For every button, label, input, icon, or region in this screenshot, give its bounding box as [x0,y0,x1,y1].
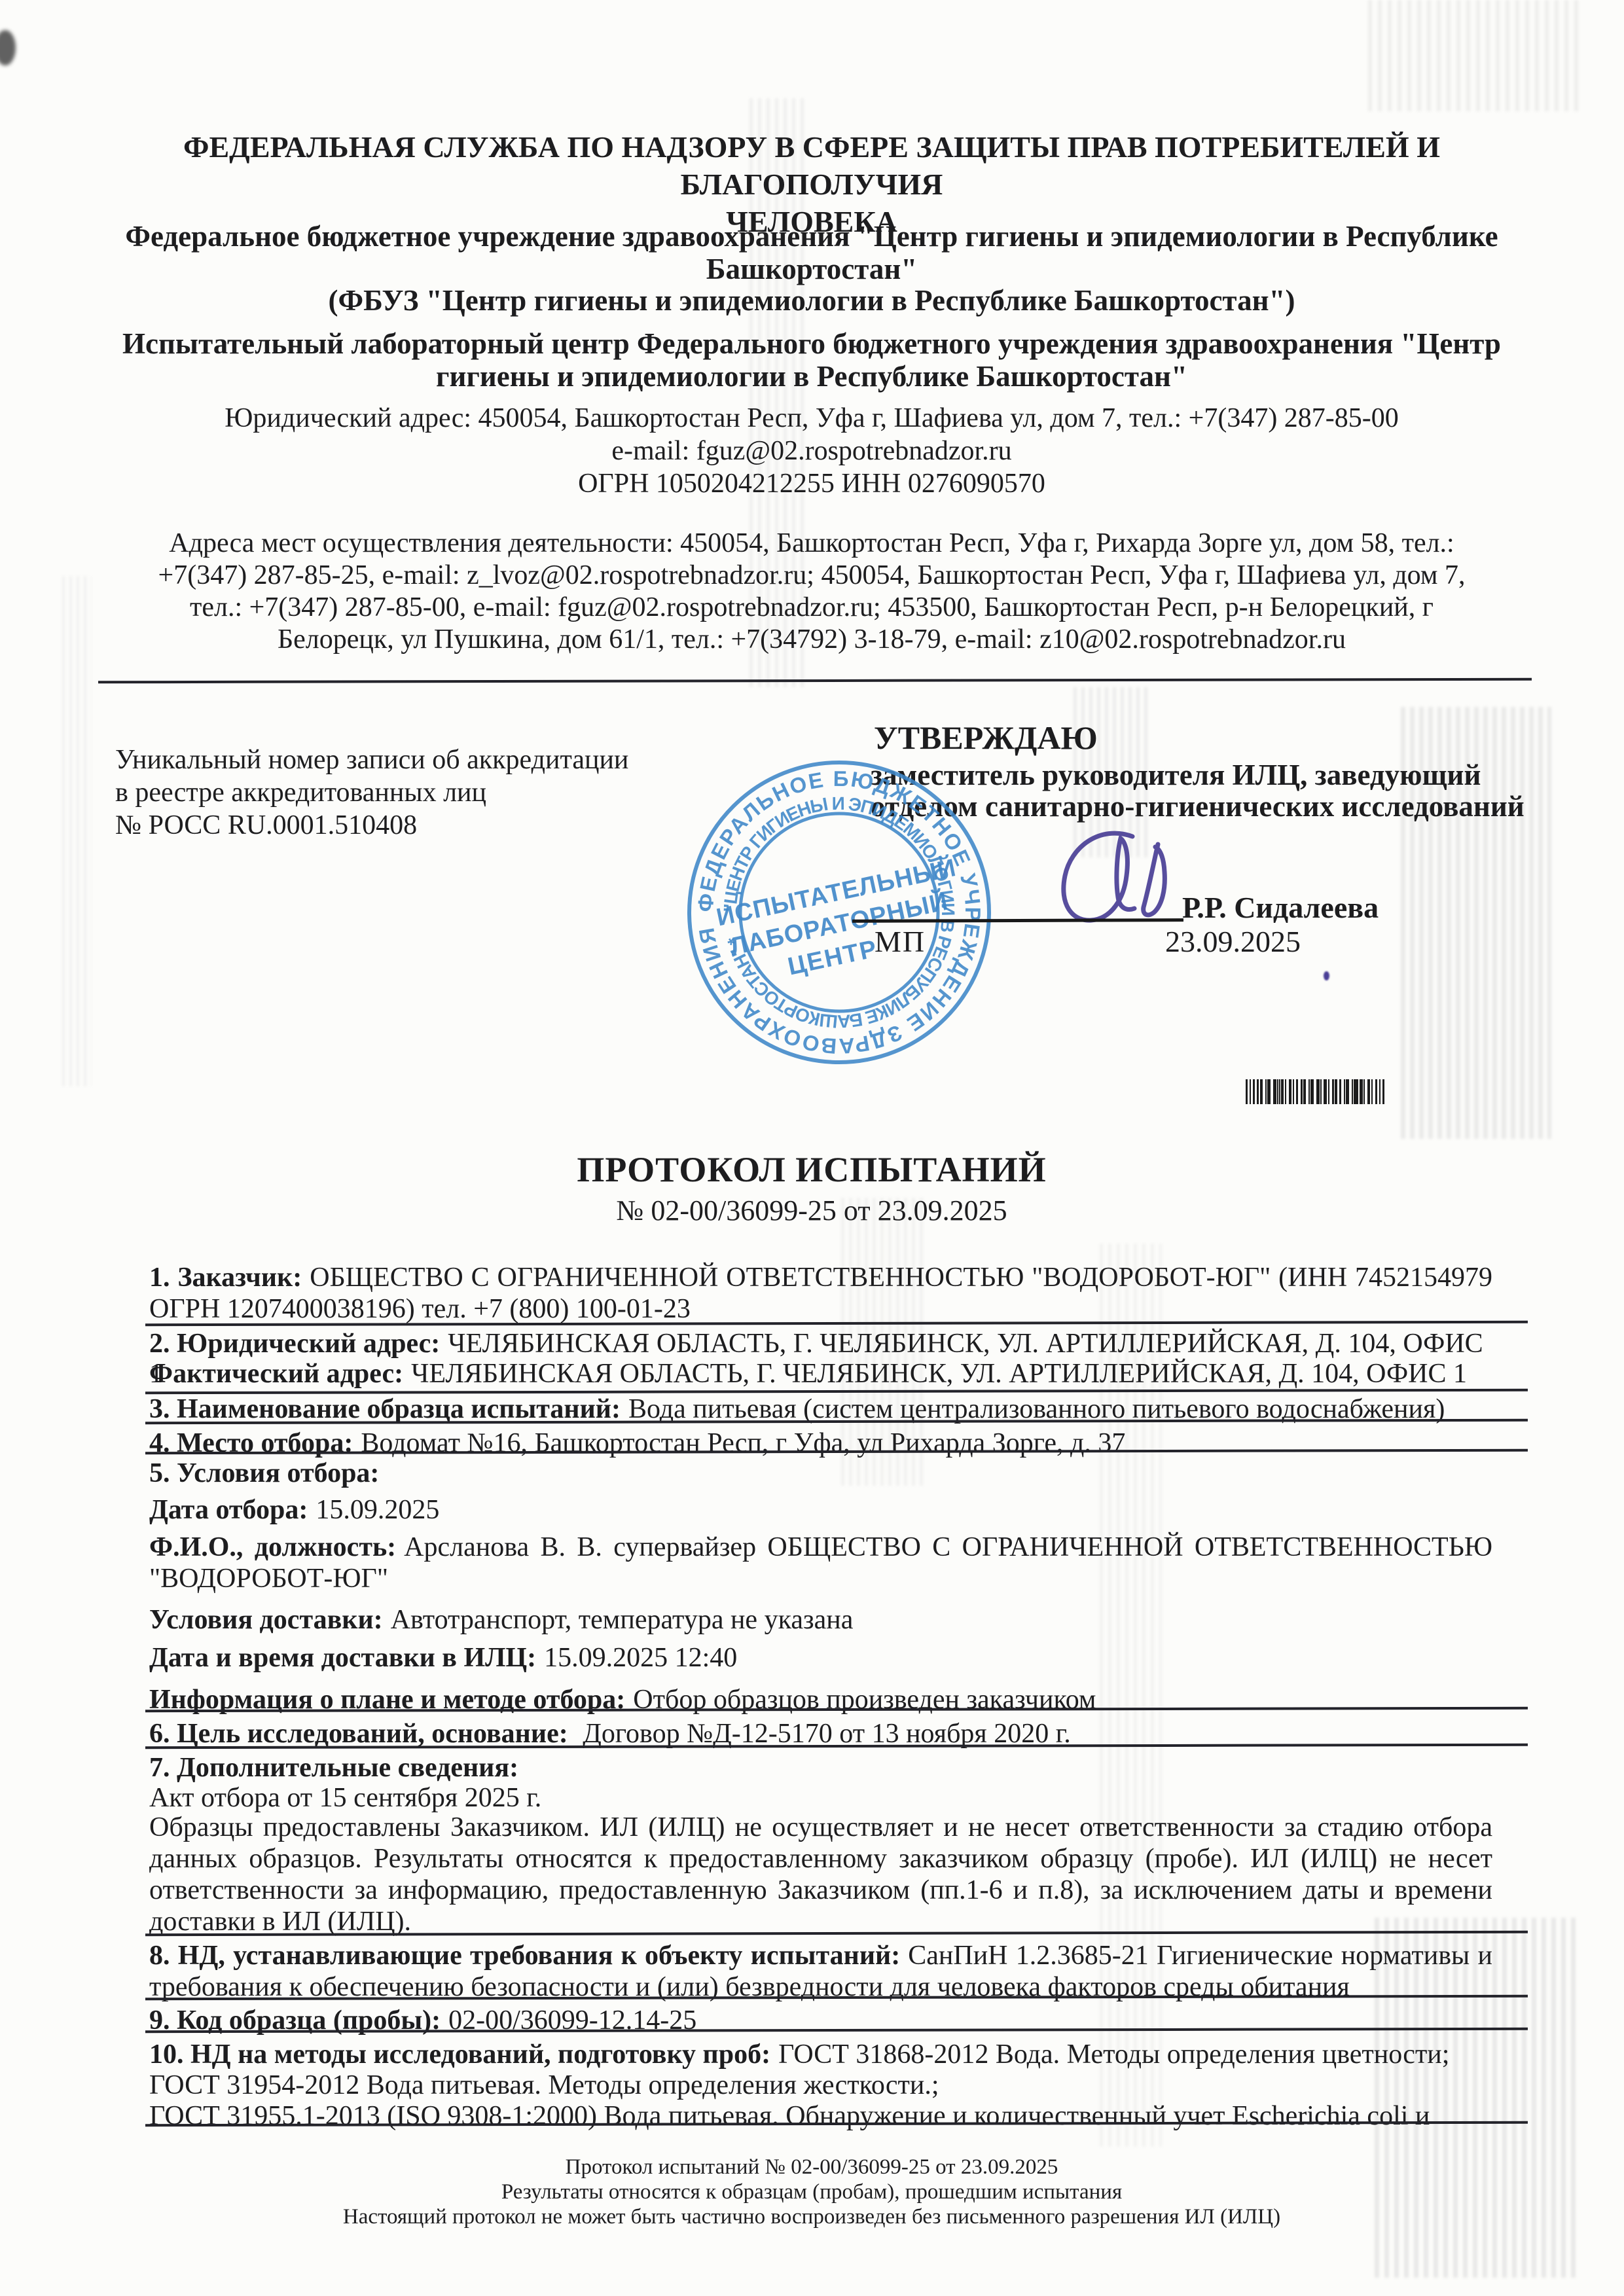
field-purpose-label: 6. Цель исследований, основание: [149,1719,568,1749]
accreditation-block: Уникальный номер записи об аккредитациив… [115,744,628,842]
field-actual-address-label: Фактический адрес: [149,1359,403,1389]
field-delivery-conditions-value: Автотранспорт, температура не указана [391,1605,854,1635]
field-sampling-date-label: Дата отбора: [149,1495,308,1525]
header-institution-short: (ФБУЗ "Центр гигиены и эпидемиологии в Р… [92,284,1532,317]
field-nd-methods-label: 10. НД на методы исследований, подготовк… [149,2039,770,2070]
field-delivery-datetime: Дата и время доставки в ИЛЦ:15.09.2025 1… [149,1643,1492,1673]
ogrn-inn-line: ОГРН 1050204212255 ИНН 0276090570 [92,467,1532,500]
field-sampler-label: Ф.И.О., должность: [149,1532,396,1562]
field-delivery-conditions: Условия доставки:Автотранспорт, температ… [149,1605,1492,1635]
document-title: ПРОТОКОЛ ИСПЫТАНИЙ [92,1149,1532,1190]
field-sample-name-label: 3. Наименование образца испытаний: [149,1394,621,1424]
field-additional-paragraph: Образцы предоставлены Заказчиком. ИЛ (ИЛ… [149,1812,1492,1937]
field-sampling-conditions-label: 5. Условия отбора: [149,1458,1492,1488]
field-nd-methods-line1: 10. НД на методы исследований, подготовк… [149,2039,1492,2070]
signature-ink [1055,825,1180,924]
field-nd-requirements: 8. НД, устанавливающие требования к объе… [149,1940,1492,2003]
field-sampling-date: Дата отбора:15.09.2025 [149,1495,1492,1525]
stamp-place-label: МП [875,924,926,959]
field-nd-methods-value: ГОСТ 31868-2012 Вода. Методы определения… [778,2039,1449,2070]
header-contacts: Юридический адрес: 450054, Башкортостан … [92,402,1532,500]
document-number: № 02-00/36099-25 от 23.09.2025 [92,1194,1532,1227]
barcode [1246,1079,1385,1104]
field-customer-value: ОБЩЕСТВО С ОГРАНИЧЕННОЙ ОТВЕТСТВЕННОСТЬЮ… [149,1263,1492,1324]
lab-round-stamp: ФЕДЕРАЛЬНОЕ БЮДЖЕТНОЕ УЧРЕЖДЕНИЕ ЗДРАВОО… [682,755,996,1069]
row-divider [145,1389,1528,1394]
header-lab-center: Испытательный лабораторный центр Федерал… [92,327,1532,393]
field-additional-label: 7. Дополнительные сведения: [149,1753,1492,1783]
field-delivery-conditions-label: Условия доставки: [149,1605,383,1635]
scan-streak [1368,0,1584,111]
scanned-protocol-page: ФЕДЕРАЛЬНАЯ СЛУЖБА ПО НАДЗОРУ В СФЕРЕ ЗА… [0,0,1624,2296]
header-institution: Федеральное бюджетное учреждение здравоо… [92,220,1532,285]
approval-title: УТВЕРЖДАЮ [874,719,1098,757]
field-actual-address: Фактический адрес:ЧЕЛЯБИНСКАЯ ОБЛАСТЬ, Г… [149,1359,1492,1389]
ink-dot-artifact [1324,971,1329,980]
field-customer: 1. Заказчик:ОБЩЕСТВО С ОГРАНИЧЕННОЙ ОТВЕ… [149,1262,1492,1325]
legal-address-line: Юридический адрес: 450054, Башкортостан … [92,402,1532,435]
field-nd-requirements-label: 8. НД, устанавливающие требования к объе… [149,1941,900,1971]
field-sampler: Ф.И.О., должность:Арсланова В. В. суперв… [149,1532,1492,1594]
field-delivery-datetime-label: Дата и время доставки в ИЛЦ: [149,1643,536,1673]
scan-streak [62,576,92,1086]
field-additional-act: Акт отбора от 15 сентября 2025 г. [149,1783,1492,1813]
signer-name: Р.Р. Сидалеева [1182,890,1379,925]
header-divider [98,678,1532,684]
email-line: e-mail: fguz@02.rospotrebnadzor.ru [92,435,1532,467]
field-delivery-datetime-value: 15.09.2025 12:40 [544,1643,737,1673]
field-sampling-date-value: 15.09.2025 [316,1495,439,1525]
field-actual-address-value: ЧЕЛЯБИНСКАЯ ОБЛАСТЬ, Г. ЧЕЛЯБИНСК, УЛ. А… [411,1359,1467,1389]
field-customer-label: 1. Заказчик: [149,1263,302,1293]
approval-date: 23.09.2025 [1165,924,1301,959]
scan-corner-artifact [0,30,16,65]
header-activity-addresses: Адреса мест осуществления деятельности: … [92,528,1532,656]
page-footer: Протокол испытаний № 02-00/36099-25 от 2… [92,2155,1532,2229]
field-legal-address-label: 2. Юридический адрес: [149,1329,440,1359]
field-nd-methods: 10. НД на методы исследований, подготовк… [149,2039,1492,2132]
